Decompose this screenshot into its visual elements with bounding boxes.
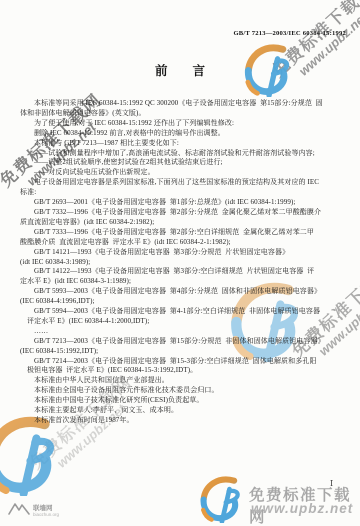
corner-site-name: 联墙网 — [33, 503, 53, 512]
body-line: 本标准由中国电子技术标准化研究所(CESI)负责起草。 — [20, 396, 350, 406]
body-line: ——对反向试验电压试验作出新规定。 — [20, 168, 350, 178]
footer-site-url: www.upbz.net — [251, 501, 353, 516]
body-line: 本标准等同采用 IEC 60384-15:1992 QC 300200《电子设备… — [20, 99, 350, 109]
body-line: 本标准主要起草人:李舒平、闵文玉、成本明。 — [20, 406, 350, 416]
body-line: GB/T 2693—2001《电子设备用固定电容器 第1部分:总规范》(idt … — [20, 198, 350, 208]
body-line: …… — [20, 327, 350, 337]
body-line: GB/T 7214—2003《电子设备用固定电容器 第15-3部分:空白详细规范… — [20, 357, 350, 367]
body-line: ——试验和测量程序中增加了,高浪涌电流试验、标志耐溶剂试验和元件耐溶剂试验等内容… — [20, 149, 350, 159]
body-line: GB/T 7213—2003《电子设备用固定电容器 第15部分:分规范 非固体和… — [20, 337, 350, 347]
standard-code: GB/T 7213—2003/IEC 60384-15:1992 — [233, 30, 346, 37]
body-line: GB/T 7333—1996《电子设备用固定电容器 第2部分:空白详细规范 金属… — [20, 228, 350, 238]
body-line: (IEC 60384-4:1996,IDT); — [20, 297, 350, 307]
body-line: 本标准与 GB/T 7213—1987 相比主要变化如下: — [20, 139, 350, 149]
body-line: 电子设备用固定电容器是系列国家标准,下面列出了这些国家标准的预定结构及其对应的 … — [20, 178, 350, 188]
body-line: GB/T 14121—1993《电子设备用固定电容器 第3部分:分规范 片状钽固… — [20, 248, 350, 258]
body-line: 质直流固定电容器》(idt IEC 60384-2:1982); — [20, 218, 350, 228]
document-page: 免费标准下载网 www.upbz.net 免费标准下载网 www.upbz.ne… — [0, 0, 360, 526]
body-line: 定水平 E》(idt IEC 60384-3-1:1989); — [20, 277, 350, 287]
corner-site-sub: biaozhun.org — [33, 512, 59, 517]
body-line: GB/T 14122—1993《电子设备用固定电容器 第3部分:空白详细规范 片… — [20, 267, 350, 277]
body-line: 极钽电容器 评定水平 E》(IEC 60384-15-3:1992,IDT)。 — [20, 366, 350, 376]
body-line: 酸酯膜介质 直流固定电容器 评定水平 E》(idt IEC 60384-2-1:… — [20, 238, 350, 248]
foreword-body: 本标准等同采用 IEC 60384-15:1992 QC 300200《电子设备… — [20, 99, 350, 426]
body-line: 标准: — [20, 188, 350, 198]
body-line: 为了便于使用,对于 IEC 60384-15:1992 还作出了下列编辑性修改: — [20, 119, 350, 129]
body-line: GB/T 7332—1996《电子设备用固定电容器 第2部分:分规范 金属化聚乙… — [20, 208, 350, 218]
body-line: 体和非固体电解质钽电容器》(英文版)。 — [20, 109, 350, 119]
body-line: 评定水平 E》(IEC 60384-4-1:2000,IDT); — [20, 317, 350, 327]
page-title: 前 言 — [0, 61, 360, 79]
body-line: GB/T 5993—2003《电子设备用固定电容器 第4部分:分规范 固体和非固… — [20, 287, 350, 297]
up-logo-icon — [0, 416, 64, 496]
body-line: (IEC 60384-15:1992,IDT); — [20, 347, 350, 357]
body-line: 删除 IEC 60384-15:1992 前言,对表格中的注的编号作出调整。 — [20, 129, 350, 139]
body-line: GB/T 5994—2003《电子设备用固定电容器 第4-1部分:空白详细规范 … — [20, 307, 350, 317]
body-line: (idt IEC 60384-3:1989); — [20, 258, 350, 268]
body-line: 本标准首次发布时间是1987年。 — [20, 416, 350, 426]
body-line: 本标准由全国电子设备用阻容元件标准化技术委员会归口。 — [20, 386, 350, 396]
body-line: 本标准由中华人民共和国信息产业部提出。 — [20, 376, 350, 386]
body-line: ——调整2组试验顺序,使密封试验在2组其他试验结束后进行; — [20, 158, 350, 168]
up-logo-icon — [196, 476, 246, 523]
mountain-icon — [8, 501, 30, 516]
